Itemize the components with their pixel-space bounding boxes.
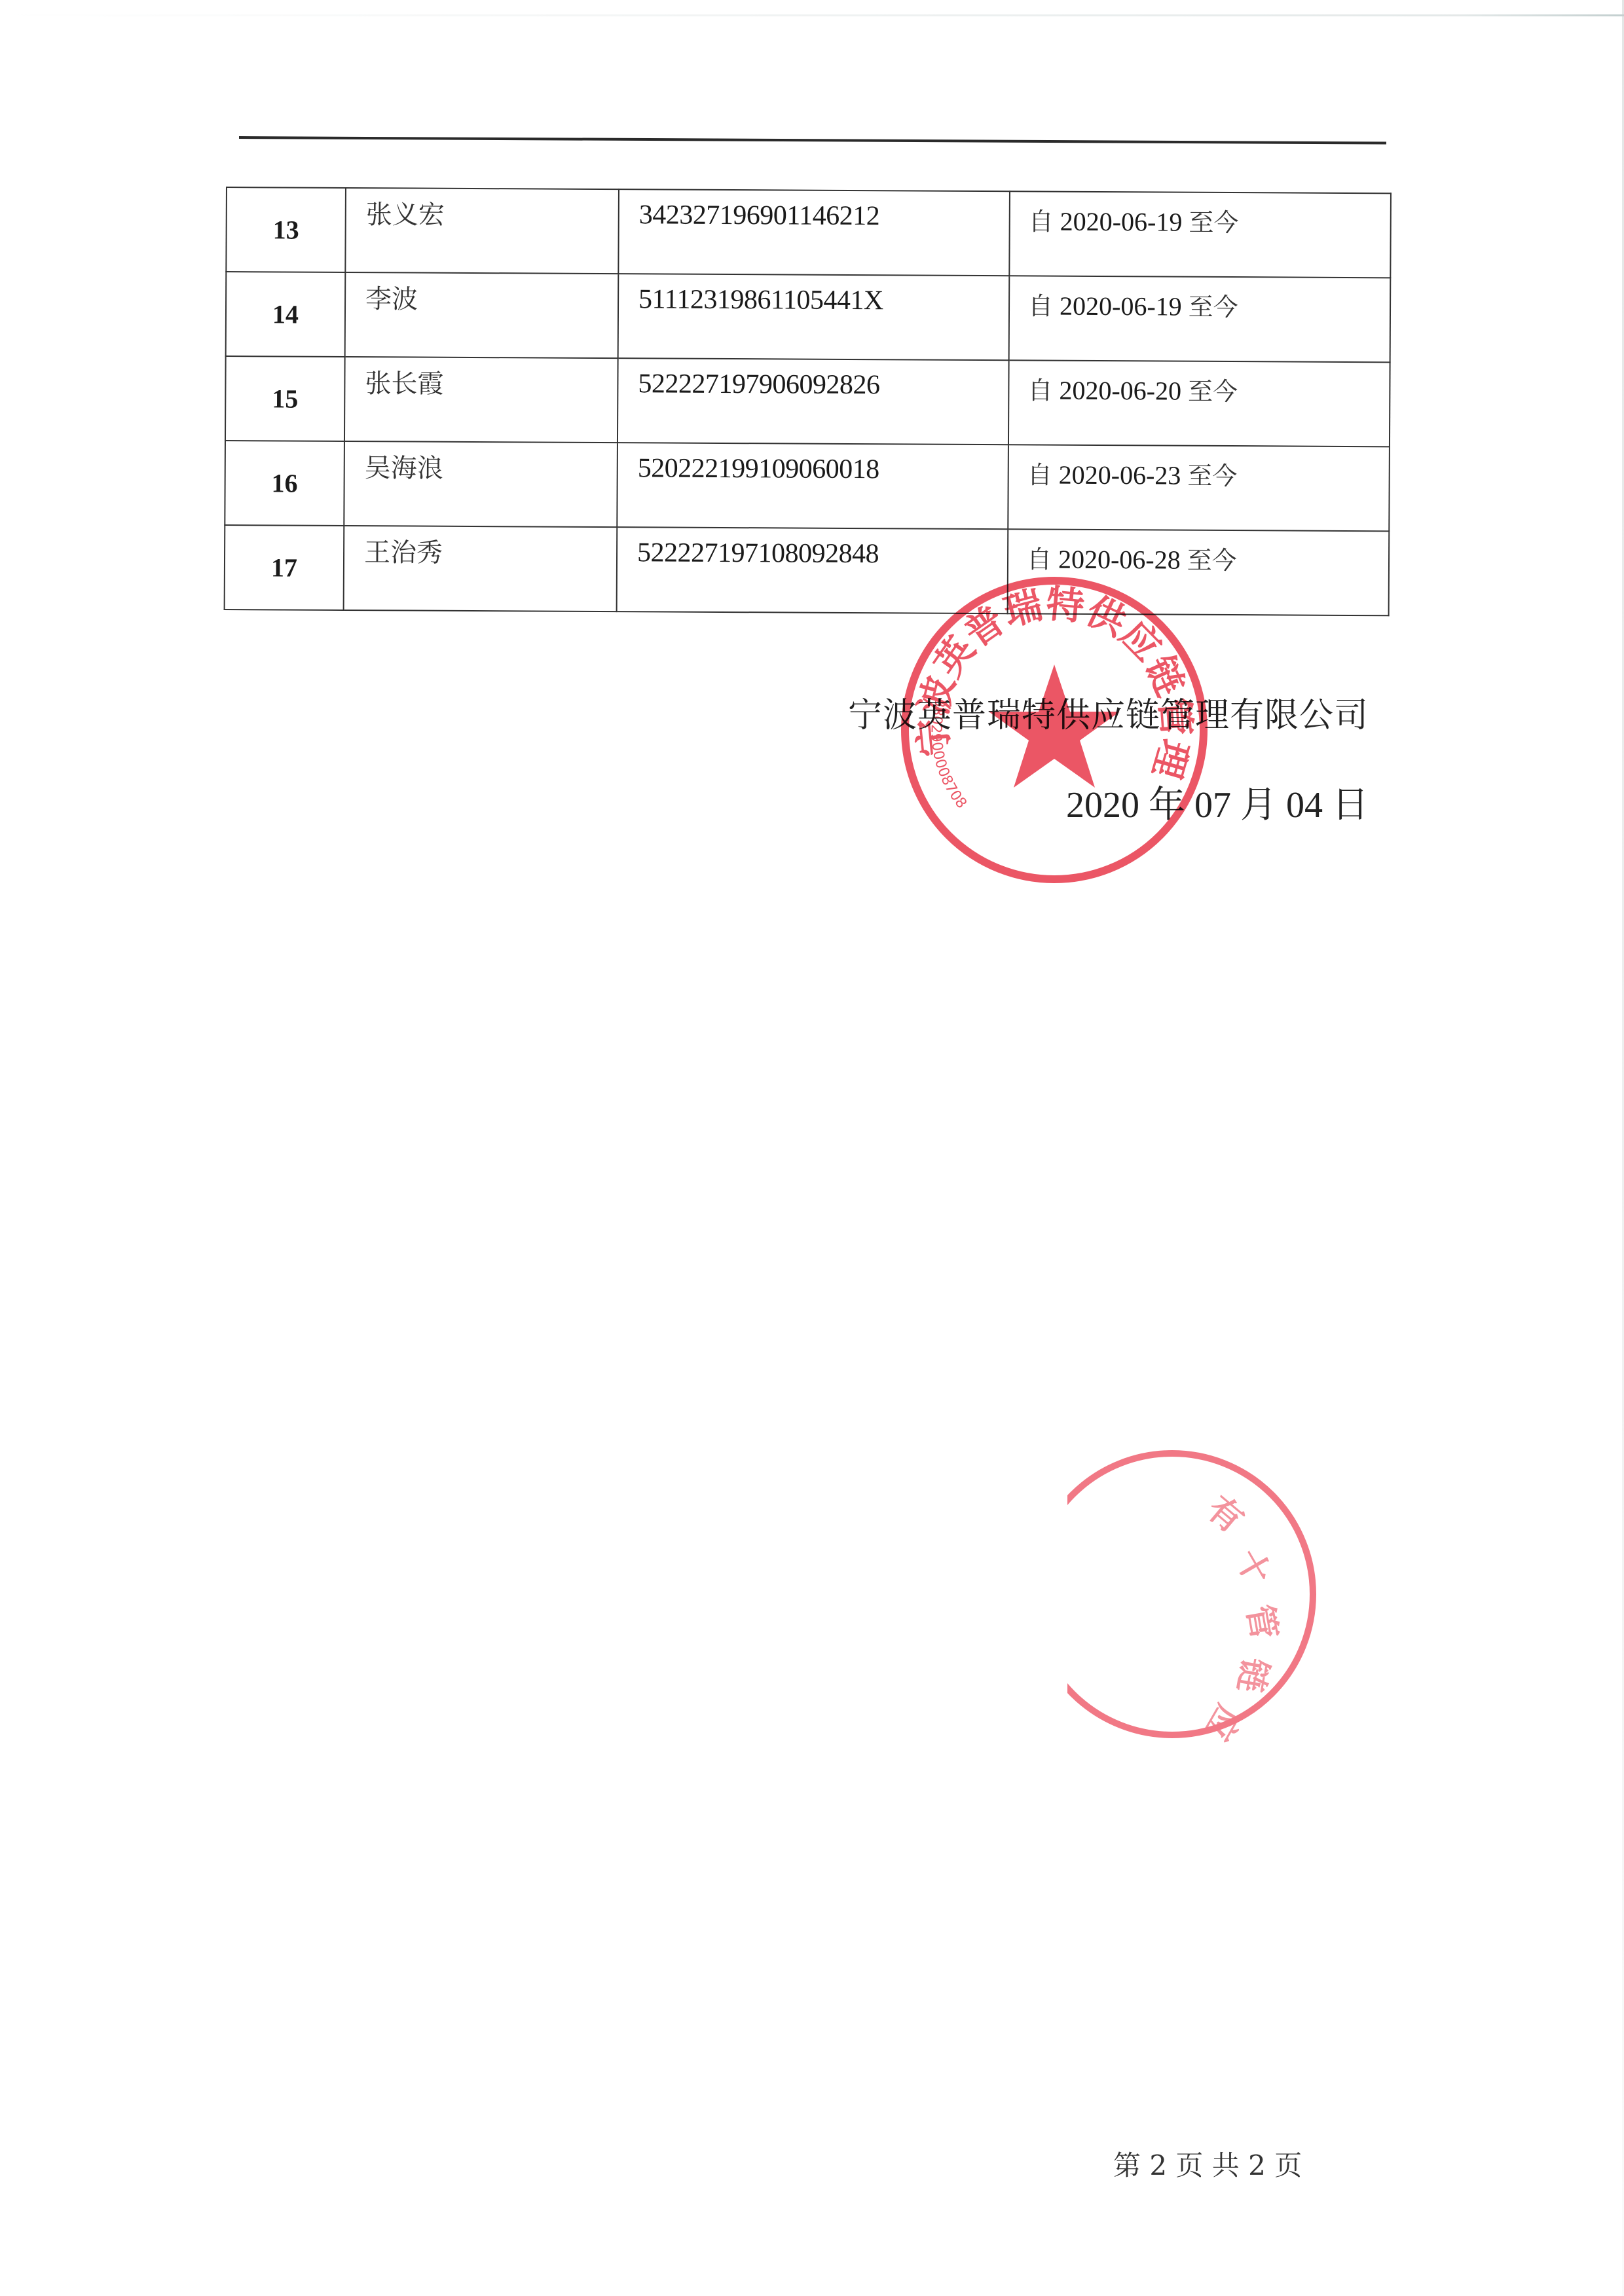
- svg-text:有: 有: [1200, 1489, 1251, 1540]
- svg-text:链: 链: [1230, 1655, 1274, 1696]
- row-number: 16: [225, 441, 344, 526]
- company-signature: 宁波英普瑞特供应链管理有限公司: [848, 687, 1369, 737]
- period-suffix: 至今: [1189, 208, 1238, 237]
- period-prefix: 自: [1028, 291, 1053, 320]
- period-prefix: 自: [1027, 376, 1052, 405]
- roster-table: 13 张义宏 342327196901146212 自 2020-06-19 至…: [224, 187, 1392, 616]
- employment-period: 自 2020-06-19 至今: [1009, 276, 1391, 362]
- period-start-date: 2020-06-19: [1060, 291, 1182, 321]
- period-start-date: 2020-06-20: [1059, 376, 1181, 406]
- svg-text:十: 十: [1227, 1543, 1278, 1592]
- period-prefix: 自: [1027, 460, 1052, 489]
- employee-name: 张长霞: [344, 357, 618, 443]
- svg-text:管: 管: [1239, 1602, 1283, 1643]
- page-footer: 第 2 页 共 2 页: [1113, 2144, 1302, 2183]
- employment-period: 自 2020-06-20 至今: [1008, 360, 1390, 446]
- employment-period: 自 2020-06-28 至今: [1008, 529, 1390, 615]
- header-rule: [239, 136, 1386, 145]
- period-start-date: 2020-06-28: [1058, 545, 1181, 575]
- table-row: 14 李波 51112319861105441X 自 2020-06-19 至今: [226, 272, 1391, 362]
- table-row: 13 张义宏 342327196901146212 自 2020-06-19 至…: [226, 187, 1391, 278]
- employment-period: 自 2020-06-19 至今: [1009, 191, 1391, 278]
- period-prefix: 自: [1027, 545, 1052, 574]
- id-number: 342327196901146212: [618, 189, 1010, 276]
- period-suffix: 至今: [1187, 462, 1237, 490]
- employee-name: 王治秀: [344, 526, 618, 611]
- period-prefix: 自: [1029, 207, 1054, 236]
- period-start-date: 2020-06-23: [1059, 460, 1181, 490]
- period-start-date: 2020-06-19: [1060, 207, 1183, 237]
- signature-date: 2020 年 07 月 04 日: [1066, 776, 1369, 828]
- employee-name: 吴海浪: [344, 441, 618, 527]
- scan-edge-top: [0, 14, 1624, 16]
- row-number: 17: [225, 525, 344, 610]
- period-suffix: 至今: [1188, 377, 1238, 406]
- id-number: 522227197108092848: [617, 527, 1008, 613]
- employee-table: 13 张义宏 342327196901146212 自 2020-06-19 至…: [224, 187, 1392, 616]
- employee-name: 张义宏: [345, 188, 619, 274]
- row-number: 14: [226, 272, 346, 357]
- svg-text:应: 应: [1197, 1698, 1248, 1747]
- row-number: 15: [225, 356, 345, 441]
- id-number: 520222199109060018: [617, 443, 1008, 529]
- row-number: 13: [226, 187, 346, 272]
- employee-name: 李波: [345, 272, 619, 358]
- partial-seal-icon: 有 十 管 链 应: [1067, 1440, 1369, 1748]
- table-row: 17 王治秀 522227197108092848 自 2020-06-28 至…: [225, 525, 1390, 615]
- id-number: 522227197906092826: [618, 358, 1009, 445]
- table-row: 16 吴海浪 520222199109060018 自 2020-06-23 至…: [225, 441, 1390, 531]
- period-suffix: 至今: [1189, 293, 1238, 321]
- id-number: 51112319861105441X: [618, 274, 1010, 360]
- table-row: 15 张长霞 522227197906092826 自 2020-06-20 至…: [225, 356, 1390, 446]
- period-suffix: 至今: [1187, 546, 1237, 575]
- employment-period: 自 2020-06-23 至今: [1008, 445, 1390, 531]
